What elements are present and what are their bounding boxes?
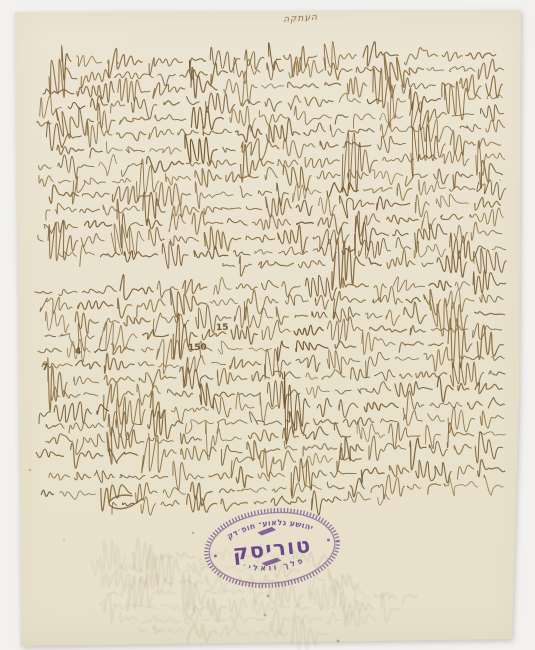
paper-speck xyxy=(63,539,65,541)
handwritten-numeral: 4 xyxy=(75,347,82,357)
handwriting-line xyxy=(35,270,506,301)
handwriting-line xyxy=(38,318,503,374)
handwriting-line xyxy=(39,159,503,204)
handwriting-line xyxy=(57,125,501,178)
handwriting-line xyxy=(46,192,501,225)
handwriting-line xyxy=(49,180,506,209)
stamp-right-dot xyxy=(327,539,330,542)
handwritten-numeral: 7 xyxy=(42,363,49,373)
paper-speck xyxy=(499,179,501,181)
stamp-left-dot xyxy=(214,554,217,557)
signature-flourish xyxy=(109,495,142,509)
paper-speck xyxy=(337,640,340,643)
paper-speck xyxy=(264,614,267,617)
handwriting-line xyxy=(51,377,502,421)
handwriting-line xyxy=(36,432,503,473)
paper-speck xyxy=(451,298,453,300)
handwriting-line xyxy=(45,298,504,336)
paper-speck xyxy=(117,62,119,64)
handwriting-line xyxy=(59,233,506,268)
rubber-stamp: קד׳פוח ־עואלג עשוהי טוריסק ׳ילאוו ךלפ xyxy=(188,496,364,608)
handwritten-numeral: 150 xyxy=(188,343,207,354)
handwriting-line xyxy=(42,347,504,388)
paper-speck xyxy=(29,469,31,471)
scanned-document-view: העתקה 1501547 קד׳פוח ־עואלג עשוהי טוריסק… xyxy=(0,0,535,650)
handwritten-numeral: 15 xyxy=(216,323,229,333)
handwriting-line xyxy=(62,41,496,80)
